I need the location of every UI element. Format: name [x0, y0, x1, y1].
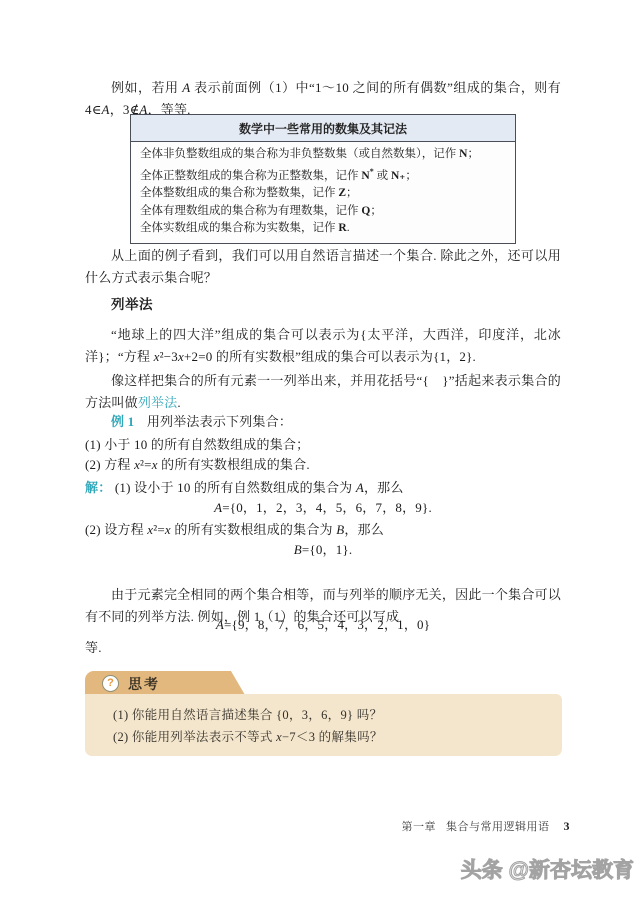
question-mark-icon: ? — [102, 675, 119, 692]
think-box-title: 思考 — [128, 674, 160, 694]
number-sets-table: 数学中一些常用的数集及其记法 全体非负整数组成的集合称为非负整数集（或自然数集）… — [130, 114, 516, 244]
textbook-page: 例如，若用 A 表示前面例（1）中“1～10 之间的所有偶数”组成的集合，则有 … — [0, 0, 640, 898]
think-box-body — [85, 694, 562, 756]
think-question-2: (2) 你能用列举法表示不等式 x−7＜3 的解集吗？ — [113, 727, 543, 745]
example-prompt: 用列举法表示下列集合： — [147, 414, 292, 429]
table-row: 全体有理数组成的集合称为有理数集，记作 Q； — [131, 203, 515, 220]
formula-set-b: B={0，1}. — [85, 539, 561, 561]
example-item-1: (1) 小于 10 的所有自然数组成的集合； — [85, 434, 561, 456]
formula-set-a: A={0，1，2，3，4，5，6，7，8，9}. — [85, 497, 561, 519]
watermark: 头条 @新杏坛教育 — [461, 854, 634, 884]
table-row: 全体实数组成的集合称为实数集，记作 R. — [131, 220, 515, 237]
closing-word: 等. — [85, 637, 561, 659]
example-item-2: (2) 方程 x²=x 的所有实数根组成的集合. — [85, 454, 561, 476]
footer-chapter: 第一章 — [402, 821, 437, 833]
solution-line-2: (2) 设方程 x²=x 的所有实数根组成的集合为 B，那么 — [85, 519, 561, 541]
transition-paragraph: 从上面的例子看到，我们可以用自然语言描述一个集合. 除此之外，还可以用什么方式表… — [85, 245, 561, 288]
solution-1-text: (1) 设小于 10 的所有自然数组成的集合为 A，那么 — [115, 480, 404, 495]
example-label: 例 1 — [111, 414, 134, 429]
page-footer: 第一章集合与常用逻辑用语3 — [402, 818, 571, 834]
footer-book-title: 集合与常用逻辑用语 — [446, 821, 550, 833]
number-sets-table-body: 全体非负整数组成的集合称为非负整数集（或自然数集），记作 N； 全体正整数组成的… — [131, 142, 515, 243]
number-sets-table-title: 数学中一些常用的数集及其记法 — [131, 115, 515, 142]
table-row: 全体非负整数组成的集合称为非负整数集（或自然数集），记作 N； — [131, 146, 515, 163]
table-row: 全体正整数组成的集合称为正整数集，记作 N* 或 N₊； — [131, 163, 515, 185]
page-number: 3 — [564, 819, 571, 833]
solution-line-1: 解： (1) 设小于 10 的所有自然数组成的集合为 A，那么 — [85, 477, 561, 499]
formula-set-a-reversed: A={9，8，7，6，5，4，3，2，1，0} — [85, 614, 561, 636]
solution-label: 解： — [85, 480, 111, 495]
section-heading: 列举法 — [85, 294, 561, 316]
think-box: ? 思考 (1) 你能用自然语言描述集合 {0，3，6，9} 吗？ (2) 你能… — [85, 671, 562, 756]
method-definition-paragraph: 像这样把集合的所有元素一一列举出来，并用花括号“{ }”括起来表示集合的方法叫做… — [85, 370, 561, 413]
example-heading: 例 1 用列举法表示下列集合： — [85, 411, 561, 433]
table-row: 全体整数组成的集合称为整数集，记作 Z； — [131, 185, 515, 202]
oceans-paragraph: “地球上的四大洋”组成的集合可以表示为{太平洋，大西洋，印度洋，北冰洋}；“方程… — [85, 324, 561, 367]
think-question-1: (1) 你能用自然语言描述集合 {0，3，6，9} 吗？ — [113, 705, 543, 723]
